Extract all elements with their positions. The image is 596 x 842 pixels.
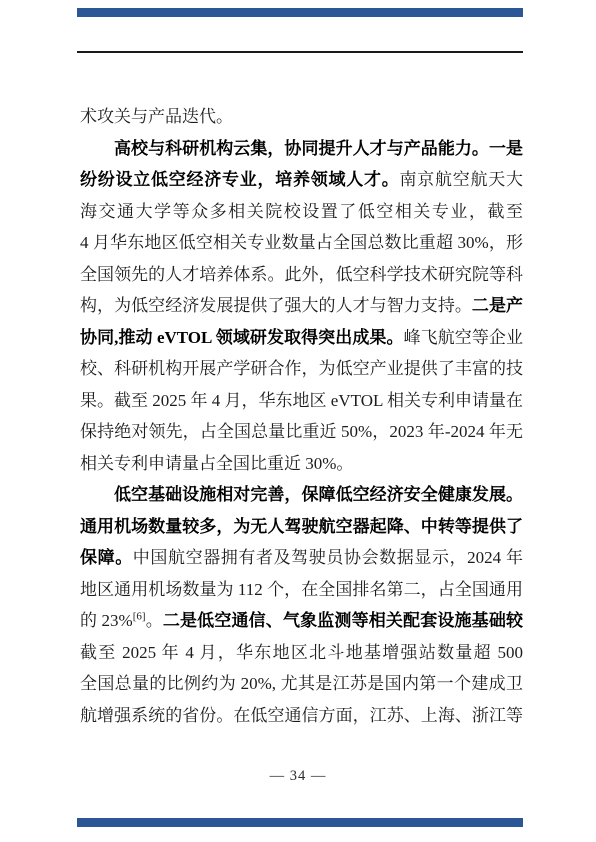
text-run: 通用机场数量较多，为无人驾驶航空器起降、中转等提供了基础 — [80, 517, 523, 543]
text-line: 地区通用机场数量为 112 个，在全国排名第二，占全国通用机场 — [80, 574, 523, 606]
page-number: — 34 — — [0, 768, 596, 785]
text-line: 相关专利申请量占全国比重近 30%。 — [80, 448, 523, 480]
text-run: 纷纷设立低空经济专业，培养领域人才。 — [80, 170, 400, 189]
text-line: 全国总量的比例约为 20%, 尤其是江苏是国内第一个建成卫星导 — [80, 668, 523, 700]
text-run: 协同,推动 eVTOL 领域研发取得突出成果。 — [80, 328, 404, 347]
text-line: 通用机场数量较多，为无人驾驶航空器起降、中转等提供了基础 — [80, 511, 523, 543]
document-page: 术攻关与产品迭代。高校与科研机构云集，协同提升人才与产品能力。一是高校纷纷设立低… — [0, 0, 596, 842]
text-run: 海交通大学等众多相关院校设置了低空相关专业，截至 2025 年 — [80, 202, 523, 228]
text-line: 纷纷设立低空经济专业，培养领域人才。南京航空航天大学、上 — [80, 164, 523, 196]
text-run: 全国领先的人才培养体系。此外，低空科学技术研究院等科研机 — [80, 265, 523, 291]
text-line: 的 23%[6]。二是低空通信、气象监测等相关配套设施基础较好。 — [80, 605, 523, 637]
text-run: 的 23% — [80, 611, 133, 630]
footnote-reference: [6] — [133, 610, 146, 622]
text-run: 低空基础设施相对完善，保障低空经济安全健康发展。一是 — [114, 485, 523, 511]
bottom-accent-bar — [77, 818, 523, 827]
text-line: 海交通大学等众多相关院校设置了低空相关专业，截至 2025 年 — [80, 196, 523, 228]
text-line: 低空基础设施相对完善，保障低空经济安全健康发展。一是 — [80, 479, 523, 511]
text-line: 保持绝对领先，占全国总量比重近 50%，2023 年-2024 年无人机 — [80, 416, 523, 448]
text-run: 保障。 — [80, 548, 133, 567]
text-line: 高校与科研机构云集，协同提升人才与产品能力。一是高校 — [80, 133, 523, 165]
text-run: 。 — [146, 611, 163, 630]
text-run: 航增强系统的省份。在低空通信方面，江苏、上海、浙江等省市 — [80, 706, 523, 732]
text-line: 术攻关与产品迭代。 — [80, 101, 523, 133]
text-run: 保持绝对领先，占全国总量比重近 50%，2023 年-2024 年无人机 — [80, 422, 523, 448]
text-run: 截至 2025 年 4 月，华东地区北斗地基增强站数量超 500 个，占 — [80, 643, 523, 669]
text-line: 协同,推动 eVTOL 领域研发取得突出成果。峰飞航空等企业与高 — [80, 322, 523, 354]
text-run: 4 月华东地区低空相关专业数量占全国总数比重超 30%，形成了 — [80, 233, 523, 259]
text-line: 保障。中国航空器拥有者及驾驶员协会数据显示，2024 年华东 — [80, 542, 523, 574]
text-run: 中国航空器拥有者及驾驶员协会数据显示，2024 年华东 — [80, 548, 523, 574]
text-line: 4 月华东地区低空相关专业数量占全国总数比重超 30%，形成了 — [80, 227, 523, 259]
text-run: 术攻关与产品迭代。 — [80, 107, 233, 126]
header-rule — [77, 51, 523, 53]
text-line: 截至 2025 年 4 月，华东地区北斗地基增强站数量超 500 个，占 — [80, 637, 523, 669]
text-run: 高校与科研机构云集，协同提升人才与产品能力。一是高校 — [114, 139, 523, 165]
text-line: 构，为低空经济发展提供了强大的人才与智力支持。二是产学研 — [80, 290, 523, 322]
text-line: 全国领先的人才培养体系。此外，低空科学技术研究院等科研机 — [80, 259, 523, 291]
text-run: 相关专利申请量占全国比重近 30%。 — [80, 454, 353, 473]
text-run: 全国总量的比例约为 20%, 尤其是江苏是国内第一个建成卫星导 — [80, 674, 523, 700]
text-line: 校、科研机构开展产学研合作，为低空产业提供了丰富的技术成 — [80, 353, 523, 385]
text-run: 地区通用机场数量为 112 个，在全国排名第二，占全国通用机场 — [80, 580, 523, 606]
text-run: 构，为低空经济发展提供了强大的人才与智力支持。 — [80, 296, 472, 315]
text-run: 果。截至 2025 年 4 月，华东地区 eVTOL 相关专利申请量在全国 — [80, 391, 523, 417]
document-body: 术攻关与产品迭代。高校与科研机构云集，协同提升人才与产品能力。一是高校纷纷设立低… — [80, 101, 523, 731]
text-run: 校、科研机构开展产学研合作，为低空产业提供了丰富的技术成 — [80, 359, 523, 385]
top-accent-bar — [77, 8, 523, 17]
text-line: 航增强系统的省份。在低空通信方面，江苏、上海、浙江等省市 — [80, 700, 523, 732]
text-line: 果。截至 2025 年 4 月，华东地区 eVTOL 相关专利申请量在全国 — [80, 385, 523, 417]
